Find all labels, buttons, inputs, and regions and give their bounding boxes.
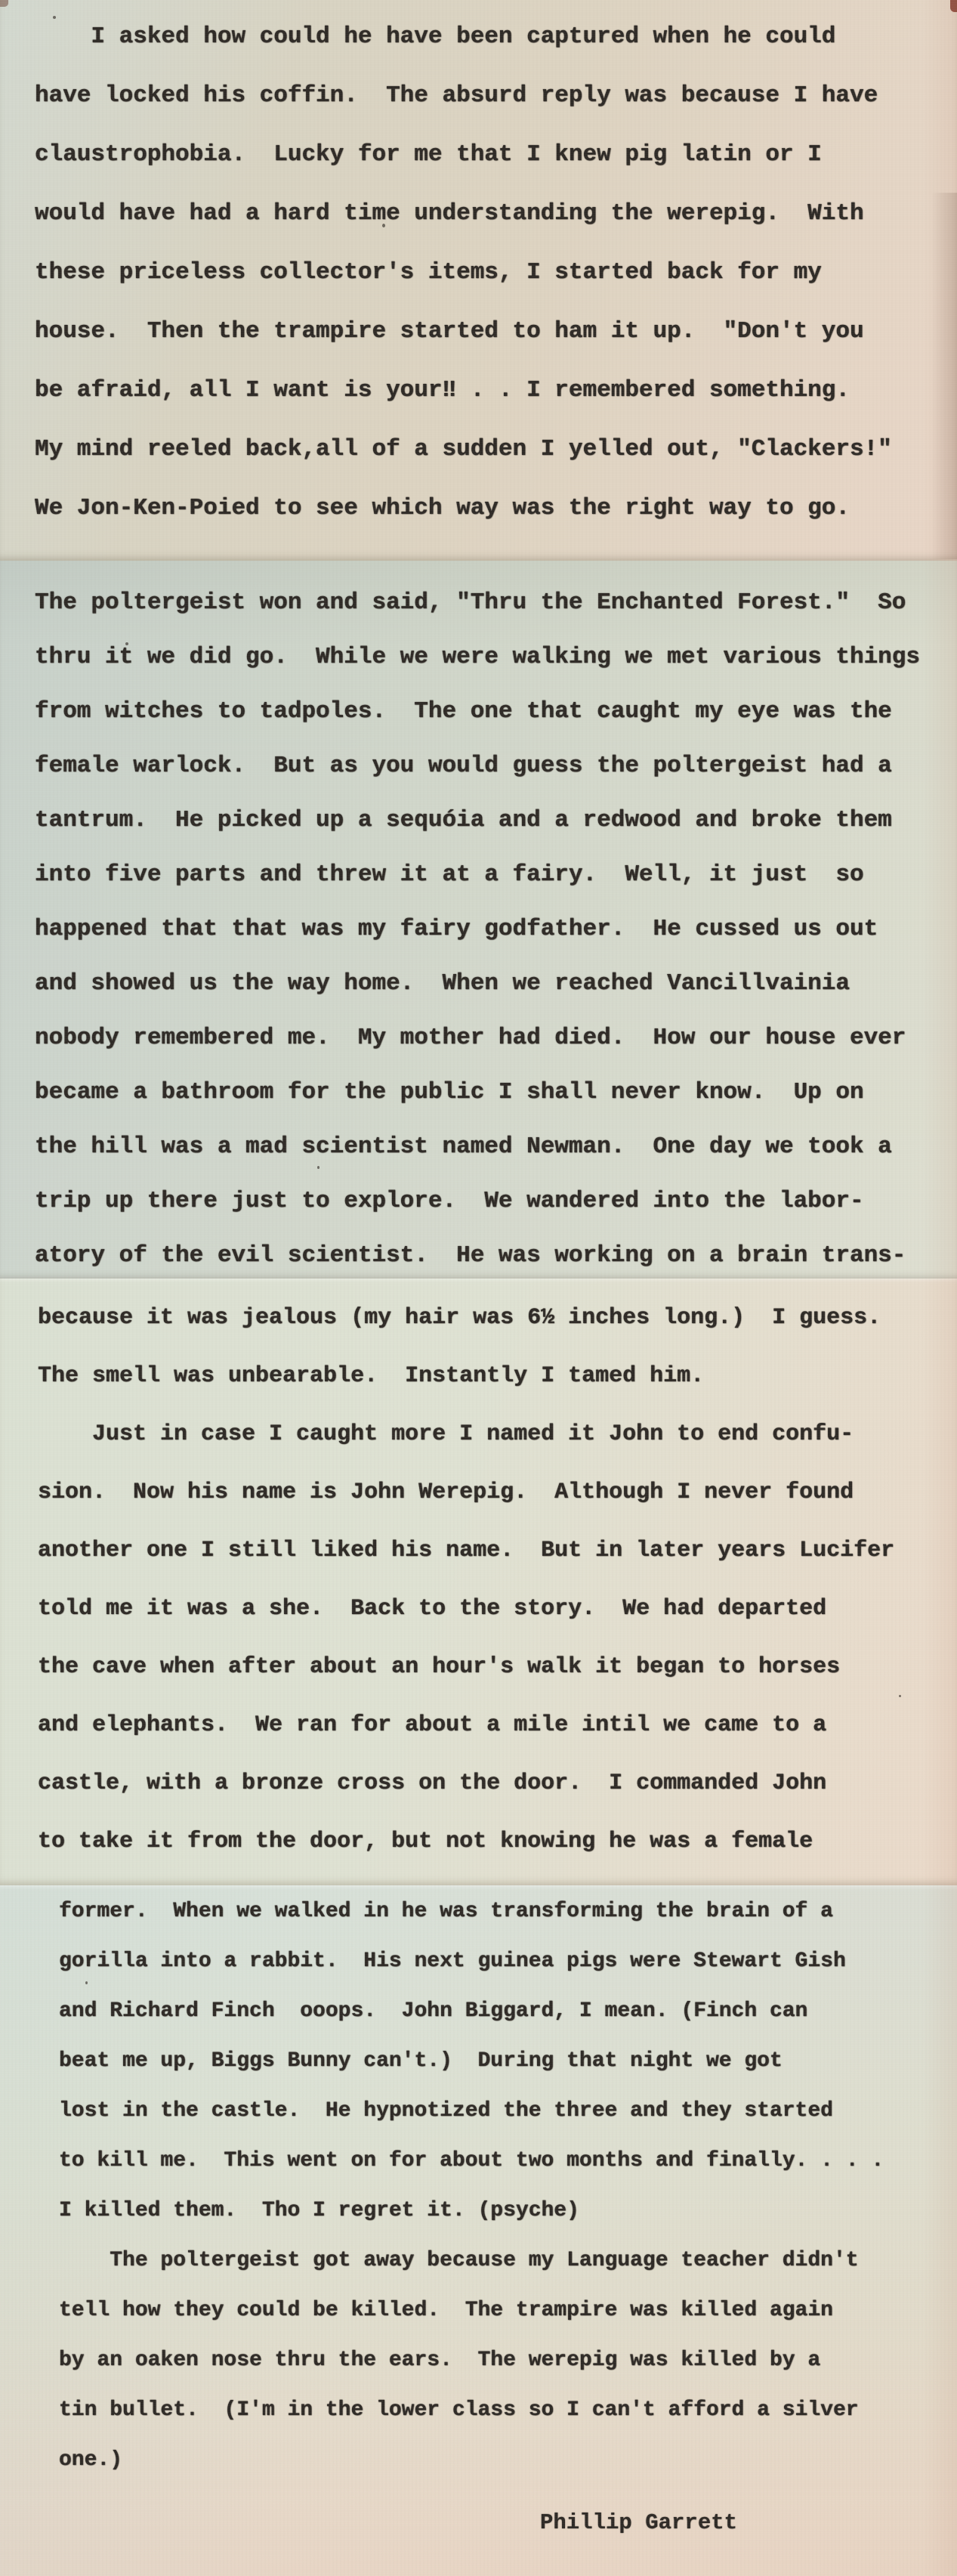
scan-edge-mark-top-right (950, 0, 957, 12)
paragraph-block: The poltergeist won and said, "Thru the … (35, 576, 957, 1283)
text-line: tell how they could be killed. The tramp… (59, 2286, 957, 2336)
text-line: by an oaken nose thru the ears. The were… (59, 2336, 957, 2386)
text-line: because it was jealous (my hair was 6½ i… (38, 1289, 957, 1347)
text-line: thru it we did go. While we were walking… (35, 630, 957, 685)
text-line: lost in the castle. He hypnotized the th… (59, 2086, 957, 2136)
text-line: atory of the evil scientist. He was work… (35, 1229, 957, 1283)
text-line: the cave when after about an hour's walk… (38, 1638, 957, 1696)
text-line: We Jon-Ken-Poied to see which way was th… (35, 479, 957, 538)
text-line: would have had a hard time understanding… (35, 184, 957, 243)
paragraph-block: former. When we walked in he was transfo… (59, 1887, 957, 2485)
text-line: into five parts and threw it at a fairy.… (35, 848, 957, 902)
text-line: Just in case I caught more I named it Jo… (38, 1406, 957, 1464)
text-line: from witches to tadpoles. The one that c… (35, 685, 957, 739)
text-line: trip up there just to explore. We wander… (35, 1174, 957, 1229)
signature: Phillip Garrett (540, 2510, 737, 2535)
text-line: these priceless collector's items, I sta… (35, 243, 957, 302)
text-line: told me it was a she. Back to the story.… (38, 1580, 957, 1638)
text-line: gorilla into a rabbit. His next guinea p… (59, 1937, 957, 1987)
scan-strip-4: former. When we walked in he was transfo… (0, 1885, 957, 2576)
text-line: female warlock. But as you would guess t… (35, 739, 957, 793)
text-line: to kill me. This went on for about two m… (59, 2136, 957, 2186)
scan-edge-mark-top-left (0, 0, 8, 7)
ink-speck (899, 1695, 901, 1697)
ink-speck (125, 642, 128, 645)
scan-strip-1: I asked how could he have been captured … (0, 0, 957, 561)
text-line: The poltergeist got away because my Lang… (59, 2236, 957, 2286)
ink-speck (53, 16, 56, 19)
text-line: claustrophobia. Lucky for me that I knew… (35, 125, 957, 184)
ink-speck (317, 1166, 320, 1169)
text-line: and Richard Finch ooops. John Biggard, I… (59, 1987, 957, 2036)
text-line: I killed them. Tho I regret it. (psyche) (59, 2186, 957, 2236)
text-line: tin bullet. (I'm in the lower class so I… (59, 2386, 957, 2435)
text-line: the hill was a mad scientist named Newma… (35, 1120, 957, 1174)
text-line: and showed us the way home. When we reac… (35, 957, 957, 1011)
text-line: The poltergeist won and said, "Thru the … (35, 576, 957, 630)
text-line: beat me up, Biggs Bunny can't.) During t… (59, 2036, 957, 2086)
text-line: I asked how could he have been captured … (35, 8, 957, 66)
ink-speck (382, 224, 385, 227)
text-line: one.) (59, 2435, 957, 2485)
text-line: former. When we walked in he was transfo… (59, 1887, 957, 1937)
text-line: house. Then the trampire started to ham … (35, 302, 957, 361)
text-line: another one I still liked his name. But … (38, 1522, 957, 1580)
ink-speck (85, 1981, 88, 1984)
text-line: The smell was unbearable. Instantly I ta… (38, 1347, 957, 1406)
scan-strip-3: because it was jealous (my hair was 6½ i… (0, 1279, 957, 1885)
text-line: nobody remembered me. My mother had died… (35, 1011, 957, 1065)
text-line: became a bathroom for the public I shall… (35, 1065, 957, 1120)
paragraph-block: because it was jealous (my hair was 6½ i… (38, 1289, 957, 1871)
document-page: I asked how could he have been captured … (0, 0, 957, 2576)
text-line: castle, with a bronze cross on the door.… (38, 1755, 957, 1813)
text-line: have locked his coffin. The absurd reply… (35, 66, 957, 125)
text-line: happened that that was my fairy godfathe… (35, 902, 957, 957)
text-line: sion. Now his name is John Werepig. Alth… (38, 1464, 957, 1522)
paragraph-block: I asked how could he have been captured … (35, 8, 957, 538)
text-line: tantrum. He picked up a sequóia and a re… (35, 793, 957, 848)
text-line: My mind reeled back,all of a sudden I ye… (35, 420, 957, 479)
text-line: be afraid, all I want is your‼ . . I rem… (35, 361, 957, 420)
text-line: and elephants. We ran for about a mile i… (38, 1696, 957, 1755)
text-line: to take it from the door, but not knowin… (38, 1813, 957, 1871)
scan-strip-2: The poltergeist won and said, "Thru the … (0, 561, 957, 1279)
